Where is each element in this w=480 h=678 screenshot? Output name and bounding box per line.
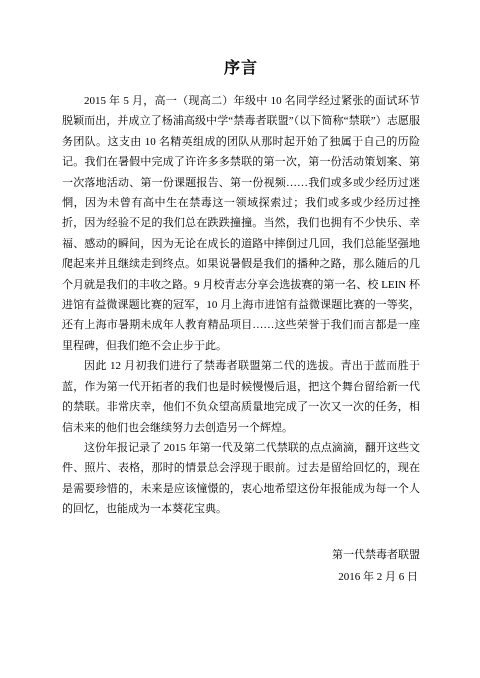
page-title: 序言 — [62, 58, 420, 80]
document-page: 序言 2015 年 5 月，高一（现高二）年级中 10 名同学经过紧张的面试环节… — [0, 0, 480, 678]
paragraph-1: 2015 年 5 月，高一（现高二）年级中 10 名同学经过紧张的面试环节脱颖而… — [62, 91, 420, 356]
signature-block: 第一代禁毒者联盟 2016 年 2 月 6 日 — [62, 544, 420, 588]
paragraph-2: 因此 12 月初我们进行了禁毒者联盟第二代的选拔。青出于蓝而胜于蓝，作为第一代开… — [62, 356, 420, 438]
signature-date: 2016 年 2 月 6 日 — [62, 566, 420, 588]
paragraph-3: 这份年报记录了 2015 年第一代及第二代禁联的点点滴滴，翻开这些文件、照片、表… — [62, 438, 420, 520]
signature-name: 第一代禁毒者联盟 — [62, 544, 420, 566]
